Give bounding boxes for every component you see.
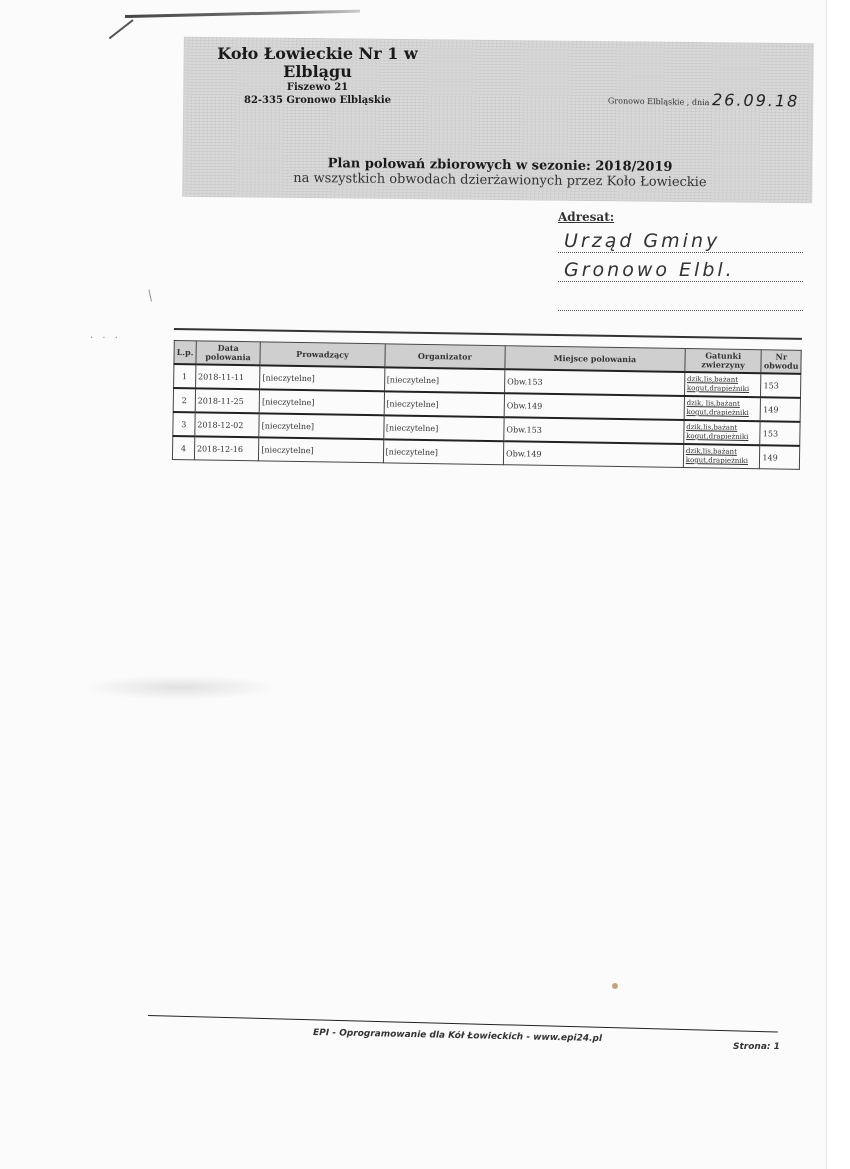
cell-date: 2018-11-25 (195, 388, 260, 413)
scan-page-edge (826, 0, 850, 1169)
cell-lp: 2 (173, 388, 195, 412)
cell-lp: 3 (173, 412, 195, 436)
cell-leader: [nieczytelne] (259, 413, 384, 439)
cell-organizer: [nieczytelne] (383, 415, 504, 441)
col-place: Miejsce polowania (505, 346, 685, 372)
organization-address-line2: 82-335 Gronowo Elbląskie (205, 94, 430, 107)
cell-species: dzik,lis,bażant kogut,drapieżniki (684, 372, 761, 397)
scan-speck (612, 983, 618, 989)
handwritten-date: 26.09.18 (712, 90, 800, 111)
cell-species: dzik,lis,bażant kogut,drapieżniki (683, 444, 760, 469)
cell-district: 153 (761, 373, 801, 398)
col-leader: Prowadzący (260, 342, 385, 367)
addressee-line-3 (558, 288, 803, 311)
cell-district: 149 (760, 445, 800, 469)
cell-organizer: [nieczytelne] (383, 439, 504, 464)
cell-species: dzik,lis,bażant kogut,drapieżniki (684, 420, 761, 445)
addressee-line-1: Urząd Gminy (558, 230, 803, 253)
col-organizer: Organizator (384, 344, 505, 369)
cell-leader: [nieczytelne] (259, 389, 384, 415)
cell-place: Obw.149 (503, 441, 683, 467)
cell-place: Obw.153 (504, 417, 684, 444)
col-date: Data polowania (196, 341, 261, 366)
folded-corner-diagonal (109, 19, 134, 39)
cell-lp: 1 (174, 364, 196, 388)
place-and-date: Gronowo Elbląskie , dnia 26.09.18 (608, 88, 800, 110)
margin-specks: · · · (90, 333, 121, 344)
footer-rule (148, 1015, 778, 1032)
hunt-plan-table: L.p. Data polowania Prowadzący Organizat… (172, 340, 802, 470)
cell-lp: 4 (172, 436, 194, 460)
cell-district: 153 (760, 421, 800, 446)
hunt-plan-table-container: L.p. Data polowania Prowadzący Organizat… (172, 328, 802, 470)
addressee-line-2: Gronowo Elbl. (558, 259, 803, 282)
col-species: Gatunki zwierzyny (685, 349, 762, 374)
document-title: Plan polowań zbiorowych w sezonie: 2018/… (250, 155, 750, 190)
cell-district: 149 (760, 397, 800, 422)
folded-corner-line (125, 10, 360, 18)
cell-organizer: [nieczytelne] (384, 391, 505, 417)
footer-text: EPI - Oprogramowanie dla Kół Łowieckich … (313, 1028, 602, 1044)
organization-name: Koło Łowieckie Nr 1 w Elblągu (205, 45, 430, 81)
page-number: Strona: 1 (733, 1042, 780, 1052)
cell-date: 2018-12-16 (194, 436, 259, 461)
cell-date: 2018-11-11 (195, 364, 260, 389)
organization-block: Koło Łowieckie Nr 1 w Elblągu Fiszewo 21… (205, 45, 430, 107)
addressee-label: Adresat: (558, 210, 803, 224)
cell-place: Obw.149 (504, 393, 684, 420)
place-date-label: Gronowo Elbląskie , dnia (608, 96, 710, 107)
addressee-block: Adresat: Urząd Gminy Gronowo Elbl. (558, 210, 803, 311)
cell-date: 2018-12-02 (195, 412, 260, 437)
cell-place: Obw.153 (505, 369, 685, 396)
organization-address-line1: Fiszewo 21 (205, 81, 430, 94)
stray-pen-mark: / (144, 288, 156, 304)
cell-organizer: [nieczytelne] (384, 367, 505, 393)
cell-leader: [nieczytelne] (259, 437, 384, 462)
cell-species: dzik, lis,bażant kogut,drapieżniki (684, 396, 761, 421)
scan-smudge (80, 675, 280, 700)
col-lp: L.p. (174, 341, 196, 365)
table-top-rule (174, 328, 802, 340)
col-district: Nr obwodu (761, 350, 801, 374)
cell-leader: [nieczytelne] (260, 365, 385, 391)
